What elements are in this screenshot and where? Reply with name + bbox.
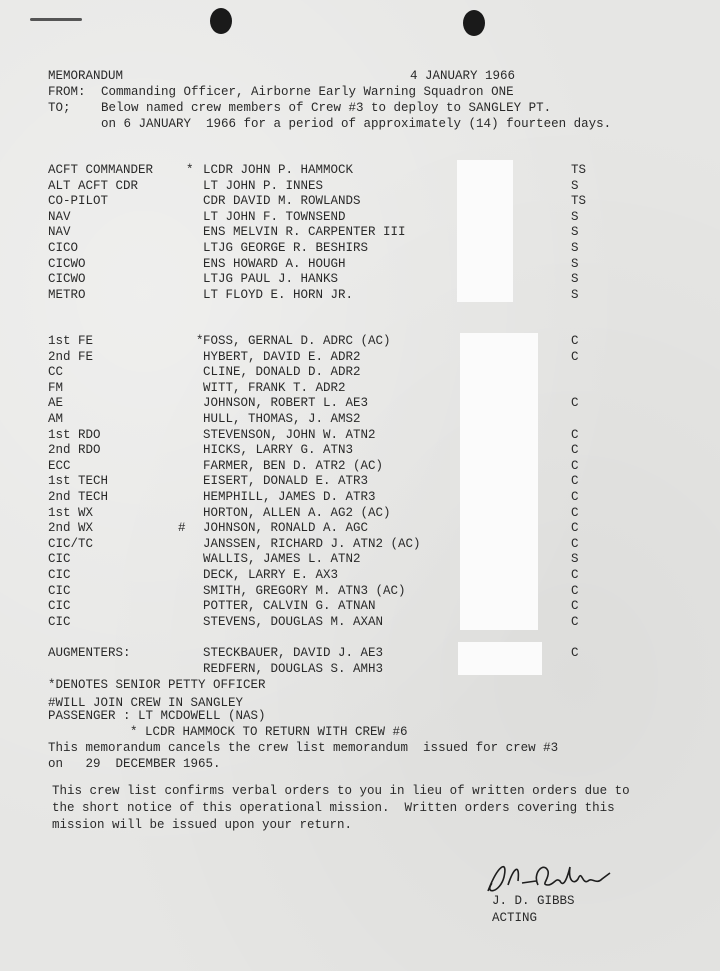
augmenter-clearance: C: [571, 646, 579, 662]
crew-member-name: STEVENS, DOUGLAS M. AXAN: [203, 615, 383, 629]
body-line-2: the short notice of this operational mis…: [52, 801, 615, 817]
crew-member-name: LCDR JOHN P. HAMMOCK: [203, 163, 353, 177]
clearance-level: C: [571, 584, 579, 598]
roster-row: CICWALLIS, JAMES L. ATN2S: [0, 552, 720, 568]
crew-position: METRO: [48, 288, 86, 302]
punch-hole-right: [463, 10, 485, 36]
clearance-level: S: [571, 225, 579, 239]
memo-date: 4 JANUARY 1966: [410, 69, 515, 85]
crew-position: CICO: [48, 241, 78, 255]
clearance-level: S: [571, 552, 579, 566]
clearance-level: S: [571, 179, 579, 193]
crew-position: CIC: [48, 599, 71, 613]
crew-position: AM: [48, 412, 63, 426]
crew-position: 1st TECH: [48, 474, 108, 488]
crew-position: 2nd WX: [48, 521, 93, 535]
crew-position: CIC: [48, 552, 71, 566]
crew-position: NAV: [48, 210, 71, 224]
crew-member-name: ENS HOWARD A. HOUGH: [203, 257, 346, 271]
clearance-level: C: [571, 396, 579, 410]
roster-row: CCCLINE, DONALD D. ADR2: [0, 365, 720, 381]
handwritten-signature: [478, 855, 618, 899]
roster-row: 1st FE*FOSS, GERNAL D. ADRC (AC)C: [0, 334, 720, 350]
roster-row: 2nd RDOHICKS, LARRY G. ATN3C: [0, 443, 720, 459]
crew-member-name: HORTON, ALLEN A. AG2 (AC): [203, 506, 391, 520]
roster-mark: #: [178, 521, 186, 535]
clearance-level: S: [571, 288, 579, 302]
clearance-level: C: [571, 615, 579, 629]
crew-member-name: JANSSEN, RICHARD J. ATN2 (AC): [203, 537, 421, 551]
clearance-level: C: [571, 474, 579, 488]
crew-position: NAV: [48, 225, 71, 239]
crew-member-name: LT JOHN F. TOWNSEND: [203, 210, 346, 224]
roster-row: NAVLT JOHN F. TOWNSENDS: [0, 210, 720, 226]
crew-member-name: LT JOHN P. INNES: [203, 179, 323, 193]
crew-member-name: POTTER, CALVIN G. ATNAN: [203, 599, 376, 613]
to-label: TO;: [48, 101, 71, 117]
crew-position: CO-PILOT: [48, 194, 108, 208]
roster-row: CICOLTJG GEORGE R. BESHIRSS: [0, 241, 720, 257]
crew-member-name: WITT, FRANK T. ADR2: [203, 381, 346, 395]
crew-member-name: FARMER, BEN D. ATR2 (AC): [203, 459, 383, 473]
crew-member-name: LTJG GEORGE R. BESHIRS: [203, 241, 368, 255]
augmenter-name: STECKBAUER, DAVID J. AE3: [203, 646, 383, 662]
crew-position: AE: [48, 396, 63, 410]
note-senior-petty-officer: *DENOTES SENIOR PETTY OFFICER: [48, 678, 266, 694]
crew-position: ECC: [48, 459, 71, 473]
clearance-level: C: [571, 521, 579, 535]
roster-row: ALT ACFT CDRLT JOHN P. INNESS: [0, 179, 720, 195]
clearance-level: S: [571, 241, 579, 255]
roster-row: CICDECK, LARRY E. AX3C: [0, 568, 720, 584]
note-cancels-line-2: on 29 DECEMBER 1965.: [48, 757, 221, 773]
note-passenger: PASSENGER : LT MCDOWELL (NAS): [48, 709, 266, 725]
crew-position: ACFT COMMANDER: [48, 163, 153, 177]
crew-position: CICWO: [48, 272, 86, 286]
clearance-level: C: [571, 428, 579, 442]
clearance-level: S: [571, 272, 579, 286]
crew-member-name: JOHNSON, ROBERT L. AE3: [203, 396, 368, 410]
note-cancels-line-1: This memorandum cancels the crew list me…: [48, 741, 558, 757]
clearance-level: C: [571, 459, 579, 473]
crew-position: CIC: [48, 568, 71, 582]
crew-position: ALT ACFT CDR: [48, 179, 138, 193]
roster-row: CIC/TCJANSSEN, RICHARD J. ATN2 (AC)C: [0, 537, 720, 553]
crew-position: CC: [48, 365, 63, 379]
crew-member-name: HICKS, LARRY G. ATN3: [203, 443, 353, 457]
punch-hole-left: [210, 8, 232, 34]
crew-member-name: EISERT, DONALD E. ATR3: [203, 474, 368, 488]
signatory-name: J. D. GIBBS: [492, 894, 575, 910]
body-line-1: This crew list confirms verbal orders to…: [52, 784, 630, 800]
crew-position: 2nd TECH: [48, 490, 108, 504]
to-line-1: Below named crew members of Crew #3 to d…: [101, 101, 551, 117]
crew-position: CIC: [48, 615, 71, 629]
clearance-level: TS: [571, 194, 586, 208]
crew-position: 2nd RDO: [48, 443, 101, 457]
roster-row: FMWITT, FRANK T. ADR2: [0, 381, 720, 397]
memo-type: MEMORANDUM: [48, 69, 123, 85]
roster-row: 2nd TECHHEMPHILL, JAMES D. ATR3C: [0, 490, 720, 506]
clearance-level: C: [571, 506, 579, 520]
crew-member-name: CLINE, DONALD D. ADR2: [203, 365, 361, 379]
crew-member-name: HEMPHILL, JAMES D. ATR3: [203, 490, 376, 504]
roster-mark: *: [186, 163, 194, 177]
clearance-level: TS: [571, 163, 586, 177]
crew-position: 2nd FE: [48, 350, 93, 364]
crew-position: CICWO: [48, 257, 86, 271]
augmenter-name: REDFERN, DOUGLAS S. AMH3: [203, 662, 383, 678]
roster-row: 2nd FEHYBERT, DAVID E. ADR2C: [0, 350, 720, 366]
crew-member-name: HULL, THOMAS, J. AMS2: [203, 412, 361, 426]
crew-member-name: STEVENSON, JOHN W. ATN2: [203, 428, 376, 442]
roster-row: CICPOTTER, CALVIN G. ATNANC: [0, 599, 720, 615]
clearance-level: S: [571, 210, 579, 224]
roster-row: AEJOHNSON, ROBERT L. AE3C: [0, 396, 720, 412]
crew-member-name: LT FLOYD E. HORN JR.: [203, 288, 353, 302]
crew-position: 1st RDO: [48, 428, 101, 442]
roster-row: ECCFARMER, BEN D. ATR2 (AC)C: [0, 459, 720, 475]
roster-row: METROLT FLOYD E. HORN JR.S: [0, 288, 720, 304]
clearance-level: C: [571, 490, 579, 504]
from-label: FROM:: [48, 85, 86, 101]
roster-row: CICWOLTJG PAUL J. HANKSS: [0, 272, 720, 288]
roster-row: NAVENS MELVIN R. CARPENTER IIIS: [0, 225, 720, 241]
crew-position: CIC: [48, 584, 71, 598]
note-hammock-return: * LCDR HAMMOCK TO RETURN WITH CREW #6: [130, 725, 408, 741]
roster-row: CICWOENS HOWARD A. HOUGHS: [0, 257, 720, 273]
roster-row: CICSTEVENS, DOUGLAS M. AXANC: [0, 615, 720, 631]
crew-member-name: FOSS, GERNAL D. ADRC (AC): [203, 334, 391, 348]
crew-member-name: DECK, LARRY E. AX3: [203, 568, 338, 582]
augmenters-label: AUGMENTERS:: [48, 646, 131, 662]
signatory-title: ACTING: [492, 911, 537, 927]
roster-row: 1st WXHORTON, ALLEN A. AG2 (AC)C: [0, 506, 720, 522]
crew-position: 1st FE: [48, 334, 93, 348]
roster-row: CICSMITH, GREGORY M. ATN3 (AC)C: [0, 584, 720, 600]
clearance-level: C: [571, 350, 579, 364]
clearance-level: C: [571, 334, 579, 348]
crew-member-name: HYBERT, DAVID E. ADR2: [203, 350, 361, 364]
roster-row: AMHULL, THOMAS, J. AMS2: [0, 412, 720, 428]
to-line-2: on 6 JANUARY 1966 for a period of approx…: [101, 117, 611, 133]
clearance-level: C: [571, 599, 579, 613]
crew-member-name: JOHNSON, RONALD A. AGC: [203, 521, 368, 535]
roster-row: ACFT COMMANDER*LCDR JOHN P. HAMMOCKTS: [0, 163, 720, 179]
redaction-box: [458, 642, 542, 675]
crew-position: 1st WX: [48, 506, 93, 520]
roster-row: 1st RDOSTEVENSON, JOHN W. ATN2C: [0, 428, 720, 444]
crew-position: CIC/TC: [48, 537, 93, 551]
clearance-level: C: [571, 568, 579, 582]
crew-member-name: CDR DAVID M. ROWLANDS: [203, 194, 361, 208]
body-line-3: mission will be issued upon your return.: [52, 818, 352, 834]
from-value: Commanding Officer, Airborne Early Warni…: [101, 85, 514, 101]
crew-member-name: LTJG PAUL J. HANKS: [203, 272, 338, 286]
crew-member-name: ENS MELVIN R. CARPENTER III: [203, 225, 406, 239]
clearance-level: C: [571, 443, 579, 457]
roster-row: 2nd WX#JOHNSON, RONALD A. AGCC: [0, 521, 720, 537]
crew-member-name: SMITH, GREGORY M. ATN3 (AC): [203, 584, 406, 598]
clearance-level: S: [571, 257, 579, 271]
crew-member-name: WALLIS, JAMES L. ATN2: [203, 552, 361, 566]
pen-mark: [30, 18, 82, 21]
crew-position: FM: [48, 381, 63, 395]
roster-row: 1st TECHEISERT, DONALD E. ATR3C: [0, 474, 720, 490]
roster-row: CO-PILOTCDR DAVID M. ROWLANDSTS: [0, 194, 720, 210]
clearance-level: C: [571, 537, 579, 551]
